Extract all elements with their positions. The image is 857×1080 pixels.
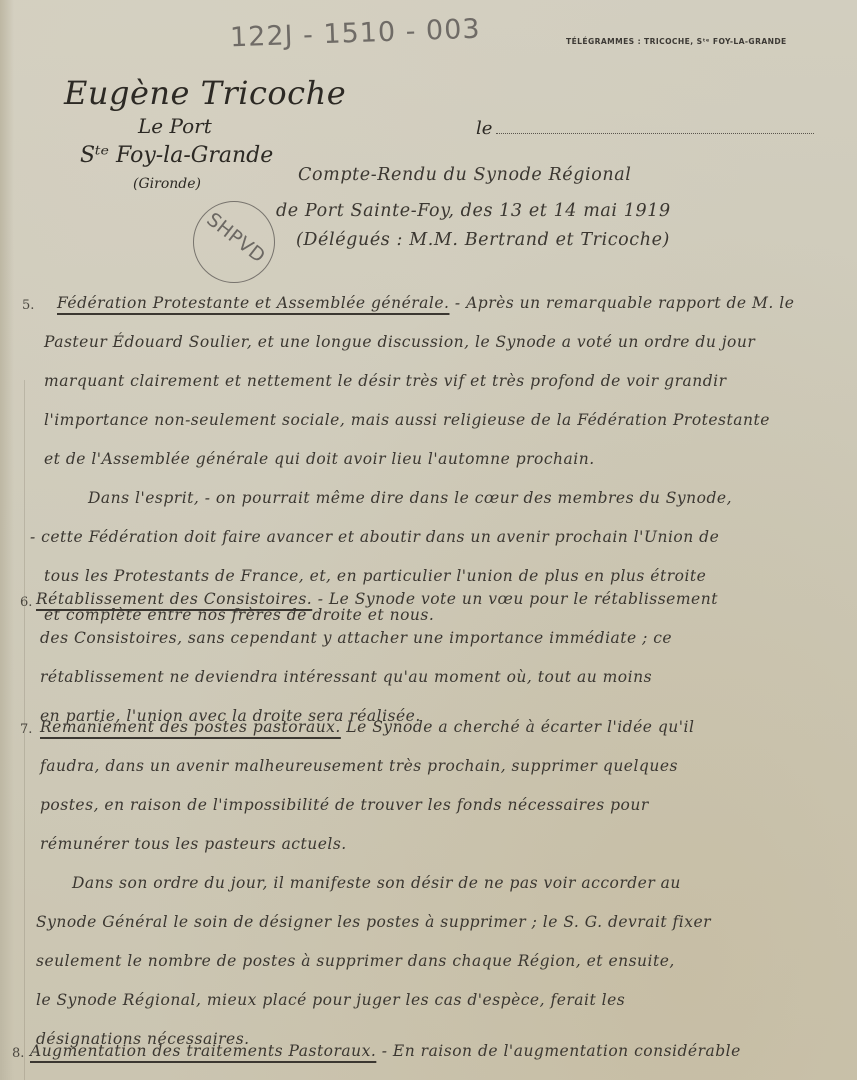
date-prefix: le xyxy=(476,118,492,139)
section-8-first-line: Augmentation des traitements Pastoraux. … xyxy=(30,1042,741,1060)
body-line: postes, en raison de l'impossibilité de … xyxy=(40,796,649,814)
body-line: - Le Synode vote un vœu pour le rétablis… xyxy=(318,590,718,608)
title-line-3: (Délégués : M.M. Bertrand et Tricoche) xyxy=(296,230,670,250)
telegram-address: TÉLÉGRAMMES : TRICOCHE, Sᵗᵉ FOY-LA-GRAND… xyxy=(566,37,787,46)
body-line: seulement le nombre de postes à supprime… xyxy=(36,952,675,970)
body-line: rétablissement ne deviendra intéressant … xyxy=(40,668,652,686)
section-heading: Remaniement des postes pastoraux. xyxy=(40,718,341,736)
section-5-first-line: Fédération Protestante et Assemblée géné… xyxy=(57,294,794,312)
section-number: 7. xyxy=(20,722,32,737)
archive-stamp-icon: SHPVD xyxy=(193,201,275,283)
body-line: marquant clairement et nettement le dési… xyxy=(44,372,727,390)
section-heading: Augmentation des traitements Pastoraux. xyxy=(30,1042,376,1060)
body-line: tous les Protestants de France, et, en p… xyxy=(44,567,706,585)
body-line: des Consistoires, sans cependant y attac… xyxy=(40,629,672,647)
section-number: 6. xyxy=(20,595,32,610)
body-line: - Après un remarquable rapport de M. le xyxy=(455,294,794,312)
title-line-1: Compte-Rendu du Synode Régional xyxy=(298,165,631,185)
body-line: Pasteur Édouard Soulier, et une longue d… xyxy=(44,333,755,351)
letterhead-city: Sᵗᵉ Foy-la-Grande xyxy=(80,143,273,168)
section-6-first-line: Rétablissement des Consistoires. - Le Sy… xyxy=(36,590,718,608)
date-blank-line xyxy=(496,133,814,134)
body-line: Synode Général le soin de désigner les p… xyxy=(36,913,711,931)
body-line: faudra, dans un avenir malheureusement t… xyxy=(40,757,678,775)
body-line: Le Synode a cherché à écarter l'idée qu'… xyxy=(346,718,694,736)
body-line: Dans son ordre du jour, il manifeste son… xyxy=(72,874,681,892)
body-line: - cette Fédération doit faire avancer et… xyxy=(30,528,719,546)
body-line: et complète entre nos frères de droite e… xyxy=(44,606,434,624)
letterhead-name: Eugène Tricoche xyxy=(64,74,346,112)
title-line-2: de Port Sainte-Foy, des 13 et 14 mai 191… xyxy=(276,201,671,221)
section-number: 5. xyxy=(22,298,34,313)
page-edge-shadow xyxy=(0,0,14,1080)
body-line: l'importance non-seulement sociale, mais… xyxy=(44,411,770,429)
section-7-first-line: Remaniement des postes pastoraux. Le Syn… xyxy=(40,718,694,736)
letterhead-street: Le Port xyxy=(138,114,212,138)
document-page: 122J - 1510 - 003 TÉLÉGRAMMES : TRICOCHE… xyxy=(0,0,857,1080)
body-line: le Synode Régional, mieux placé pour jug… xyxy=(36,991,625,1009)
body-line: et de l'Assemblée générale qui doit avoi… xyxy=(44,450,595,468)
body-line: - En raison de l'augmentation considérab… xyxy=(382,1042,741,1060)
section-number: 8. xyxy=(12,1046,24,1061)
letterhead-department: (Gironde) xyxy=(133,176,201,192)
stamp-text: SHPVD xyxy=(202,208,269,267)
body-line: rémunérer tous les pasteurs actuels. xyxy=(40,835,347,853)
body-line: Dans l'esprit, - on pourrait même dire d… xyxy=(88,489,732,507)
section-heading: Fédération Protestante et Assemblée géné… xyxy=(57,294,449,312)
section-heading: Rétablissement des Consistoires. xyxy=(36,590,312,608)
archive-number: 122J - 1510 - 003 xyxy=(230,14,481,54)
